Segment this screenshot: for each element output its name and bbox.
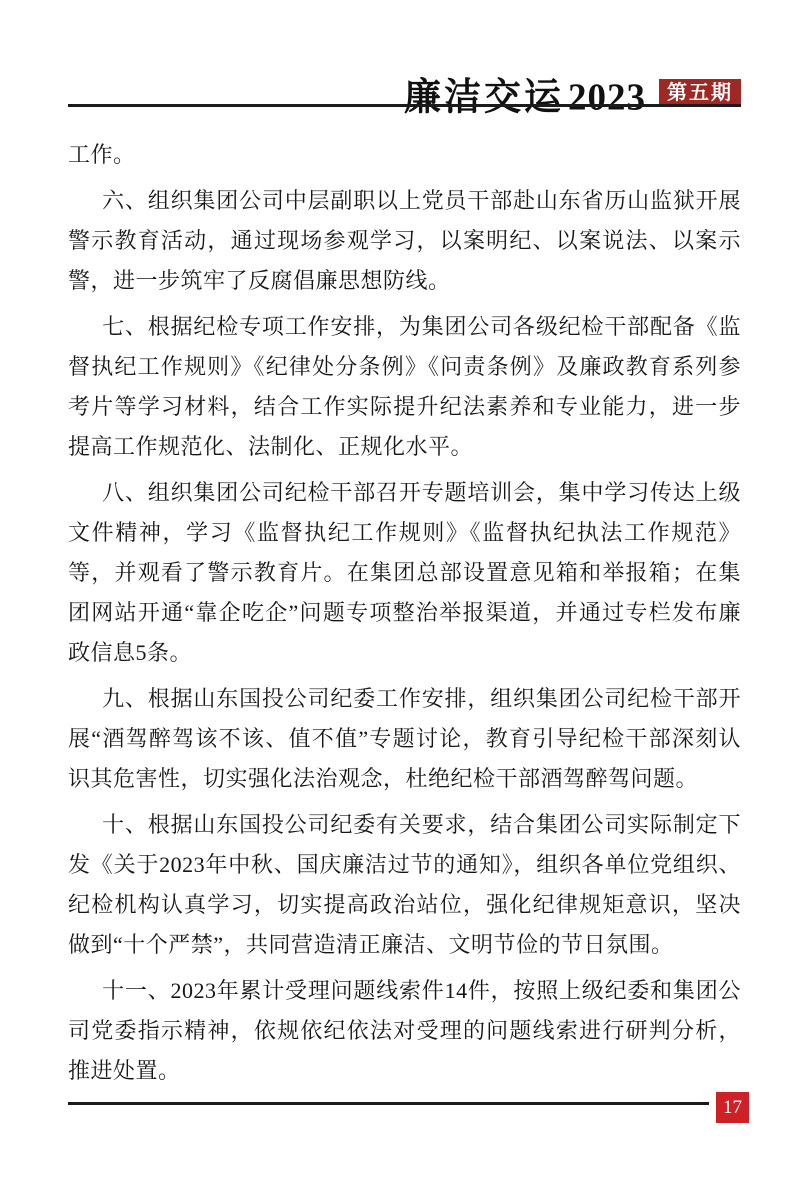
page-header: 廉洁交运2023 第五期 — [404, 66, 741, 120]
issue-badge: 第五期 — [659, 79, 741, 107]
paragraph: 八、组织集团公司纪检干部召开专题培训会，集中学习传达上级文件精神，学习《监督执纪… — [68, 473, 741, 673]
paragraph: 十、根据山东国投公司纪委有关要求，结合集团公司实际制定下发《关于2023年中秋、… — [68, 805, 741, 965]
paragraph: 工作。 — [68, 135, 741, 175]
masthead-year: 2023 — [568, 77, 646, 119]
masthead-title: 廉洁交运2023 — [404, 65, 646, 120]
paragraph: 七、根据纪检专项工作安排，为集团公司各级纪检干部配备《监督执纪工作规则》《纪律处… — [68, 307, 741, 467]
masthead-title-text: 廉洁交运 — [404, 77, 564, 119]
document-body: 工作。六、组织集团公司中层副职以上党员干部赴山东省历山监狱开展警示教育活动，通过… — [68, 135, 741, 1097]
paragraph: 十一、2023年累计受理问题线索件14件，按照上级纪委和集团公司党委指示精神，依… — [68, 971, 741, 1091]
paragraph: 九、根据山东国投公司纪委工作安排，组织集团公司纪检干部开展“酒驾醉驾该不该、值不… — [68, 679, 741, 799]
footer-rule — [68, 1102, 709, 1105]
document-page: 廉洁交运2023 第五期 工作。六、组织集团公司中层副职以上党员干部赴山东省历山… — [0, 0, 800, 1189]
paragraph: 六、组织集团公司中层副职以上党员干部赴山东省历山监狱开展警示教育活动，通过现场参… — [68, 181, 741, 301]
header-rule — [68, 104, 741, 107]
page-number-badge: 17 — [716, 1092, 749, 1123]
